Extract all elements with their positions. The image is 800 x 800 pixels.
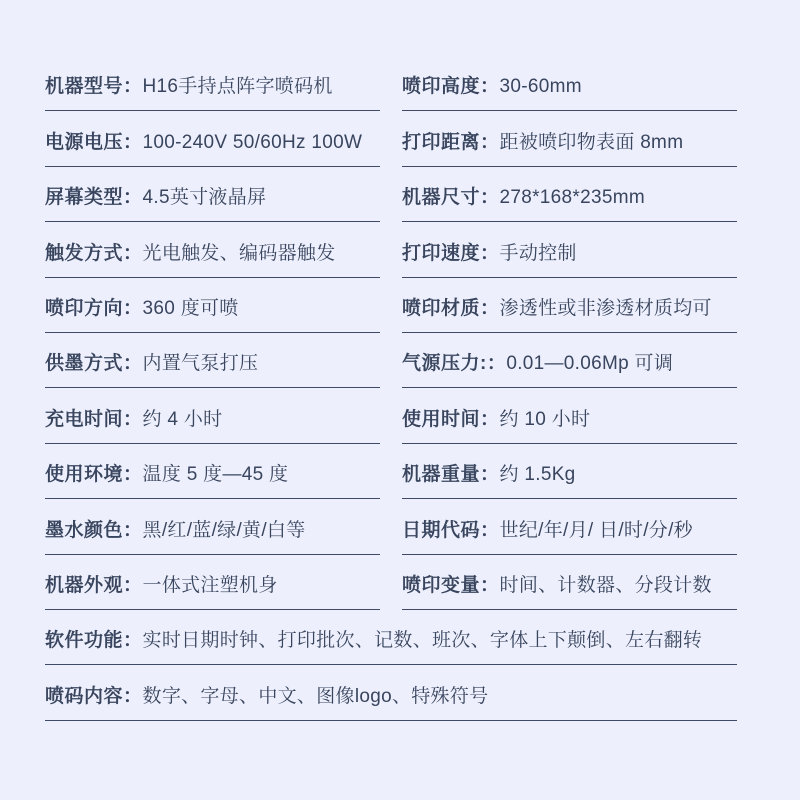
spec-row-pair: 供墨方式：内置气泵打压 气源压力:：0.01—0.06Mp 可调 xyxy=(45,333,762,388)
spec-row-trigger-mode: 触发方式：光电触发、编码器触发 xyxy=(45,222,380,277)
spec-value: 世纪/年/月/ 日/时/分/秒 xyxy=(500,515,693,542)
spec-value: 光电触发、编码器触发 xyxy=(143,238,336,265)
spec-sheet: 机器型号：H16手持点阵字喷码机 喷印高度：30-60mm 电源电压：100-2… xyxy=(0,0,800,800)
spec-row-print-distance: 打印距离：距被喷印物表面 8mm xyxy=(402,111,737,166)
spec-label: 喷印材质： xyxy=(402,293,500,320)
spec-row-software-features: 软件功能：实时日期时钟、打印批次、记数、班次、字体上下颠倒、左右翻转 xyxy=(45,610,737,665)
spec-label: 打印距离： xyxy=(402,127,500,154)
spec-label: 屏幕类型： xyxy=(45,182,143,209)
spec-label: 机器尺寸： xyxy=(402,182,500,209)
spec-row-print-content: 喷码内容：数字、字母、中文、图像logo、特殊符号 xyxy=(45,665,737,720)
spec-value: 手动控制 xyxy=(500,238,577,265)
spec-value: 约 10 小时 xyxy=(500,404,591,431)
spec-value: 温度 5 度—45 度 xyxy=(143,459,289,486)
spec-row-pair: 使用环境：温度 5 度—45 度 机器重量：约 1.5Kg xyxy=(45,444,762,499)
spec-row-use-time: 使用时间：约 10 小时 xyxy=(402,388,737,443)
spec-value: 时间、计数器、分段计数 xyxy=(500,570,712,597)
spec-row-ink-supply: 供墨方式：内置气泵打压 xyxy=(45,333,380,388)
spec-label: 喷印变量： xyxy=(402,570,500,597)
spec-value: 一体式注塑机身 xyxy=(143,570,278,597)
spec-value: H16手持点阵字喷码机 xyxy=(143,71,333,98)
spec-value: 278*168*235mm xyxy=(500,187,645,209)
spec-value: 距被喷印物表面 8mm xyxy=(500,127,684,154)
spec-label: 充电时间： xyxy=(45,404,143,431)
spec-row-charge-time: 充电时间：约 4 小时 xyxy=(45,388,380,443)
spec-row-machine-model: 机器型号：H16手持点阵字喷码机 xyxy=(45,56,380,111)
spec-row-screen-type: 屏幕类型：4.5英寸液晶屏 xyxy=(45,167,380,222)
spec-row-machine-size: 机器尺寸：278*168*235mm xyxy=(402,167,737,222)
spec-value: 360 度可喷 xyxy=(143,293,239,320)
spec-row-pair: 机器外观：一体式注塑机身 喷印变量：时间、计数器、分段计数 xyxy=(45,555,762,610)
spec-row-print-height: 喷印高度：30-60mm xyxy=(402,56,737,111)
spec-row-pair: 充电时间：约 4 小时 使用时间：约 10 小时 xyxy=(45,388,762,443)
spec-row-date-code: 日期代码：世纪/年/月/ 日/时/分/秒 xyxy=(402,499,737,554)
spec-label: 日期代码： xyxy=(402,515,500,542)
spec-label: 喷印高度： xyxy=(402,71,500,98)
spec-label: 墨水颜色： xyxy=(45,515,143,542)
spec-row-machine-weight: 机器重量：约 1.5Kg xyxy=(402,444,737,499)
spec-row-air-pressure: 气源压力:：0.01—0.06Mp 可调 xyxy=(402,333,737,388)
spec-value: 黑/红/蓝/绿/黄/白等 xyxy=(143,515,306,542)
spec-row-pair: 墨水颜色：黑/红/蓝/绿/黄/白等 日期代码：世纪/年/月/ 日/时/分/秒 xyxy=(45,499,762,554)
spec-row-print-direction: 喷印方向：360 度可喷 xyxy=(45,278,380,333)
spec-label: 喷码内容： xyxy=(45,681,143,708)
spec-label: 使用时间： xyxy=(402,404,500,431)
spec-value: 0.01—0.06Mp 可调 xyxy=(506,348,673,375)
spec-label: 触发方式： xyxy=(45,238,143,265)
spec-value: 渗透性或非渗透材质均可 xyxy=(500,293,712,320)
spec-row-pair: 机器型号：H16手持点阵字喷码机 喷印高度：30-60mm xyxy=(45,56,762,111)
spec-label: 机器重量： xyxy=(402,459,500,486)
spec-row-pair: 电源电压：100-240V 50/60Hz 100W 打印距离：距被喷印物表面 … xyxy=(45,111,762,166)
spec-label: 机器型号： xyxy=(45,71,143,98)
spec-row-ink-color: 墨水颜色：黑/红/蓝/绿/黄/白等 xyxy=(45,499,380,554)
spec-label: 打印速度： xyxy=(402,238,500,265)
spec-value: 4.5英寸液晶屏 xyxy=(143,182,267,209)
spec-value: 数字、字母、中文、图像logo、特殊符号 xyxy=(143,681,489,708)
spec-label: 气源压力:： xyxy=(402,348,506,375)
spec-row-pair: 喷印方向：360 度可喷 喷印材质：渗透性或非渗透材质均可 xyxy=(45,278,762,333)
spec-label: 使用环境： xyxy=(45,459,143,486)
spec-row-pair: 屏幕类型：4.5英寸液晶屏 机器尺寸：278*168*235mm xyxy=(45,167,762,222)
spec-value: 约 4 小时 xyxy=(143,404,223,431)
spec-row-environment: 使用环境：温度 5 度—45 度 xyxy=(45,444,380,499)
spec-row-pair: 触发方式：光电触发、编码器触发 打印速度：手动控制 xyxy=(45,222,762,277)
spec-value: 实时日期时钟、打印批次、记数、班次、字体上下颠倒、左右翻转 xyxy=(143,625,703,652)
spec-value: 100-240V 50/60Hz 100W xyxy=(143,132,363,154)
spec-row-machine-appearance: 机器外观：一体式注塑机身 xyxy=(45,555,380,610)
spec-row-print-material: 喷印材质：渗透性或非渗透材质均可 xyxy=(402,278,737,333)
spec-row-print-variables: 喷印变量：时间、计数器、分段计数 xyxy=(402,555,737,610)
spec-label: 喷印方向： xyxy=(45,293,143,320)
spec-value: 内置气泵打压 xyxy=(143,348,259,375)
spec-label: 电源电压： xyxy=(45,127,143,154)
spec-value: 30-60mm xyxy=(500,76,582,98)
spec-row-print-speed: 打印速度：手动控制 xyxy=(402,222,737,277)
spec-label: 供墨方式： xyxy=(45,348,143,375)
spec-row-power-voltage: 电源电压：100-240V 50/60Hz 100W xyxy=(45,111,380,166)
spec-label: 机器外观： xyxy=(45,570,143,597)
spec-value: 约 1.5Kg xyxy=(500,459,576,486)
spec-label: 软件功能： xyxy=(45,625,143,652)
